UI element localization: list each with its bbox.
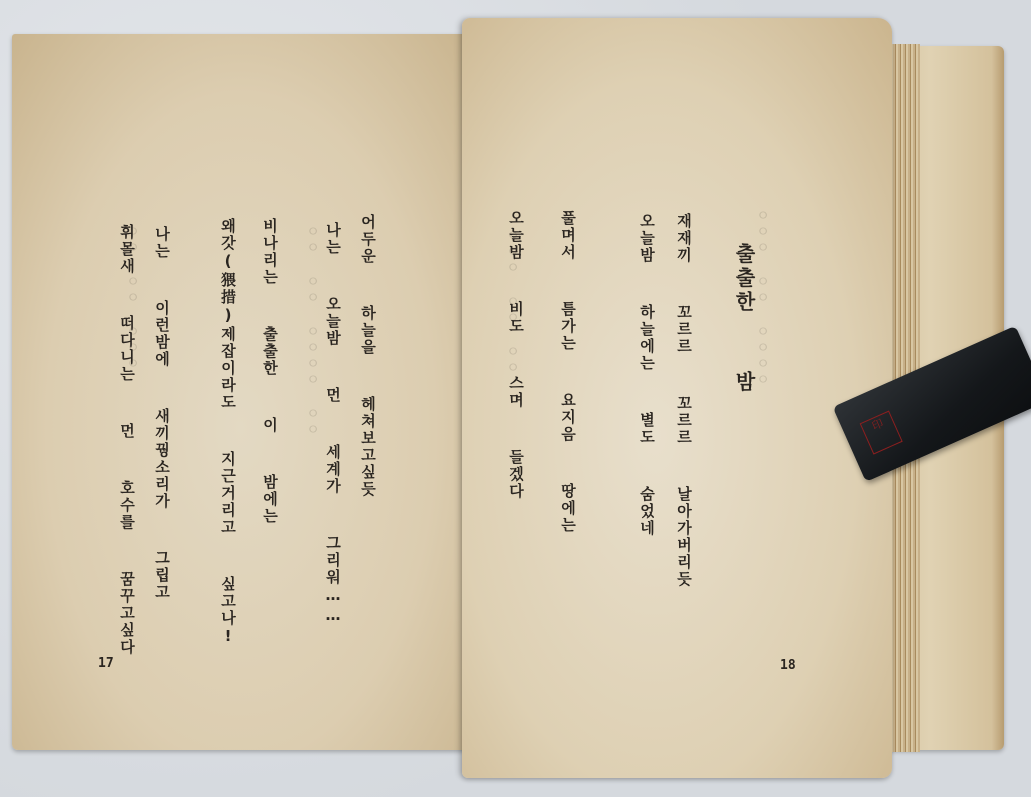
page-number-right: 18 [780,658,796,673]
seal-red-mark-icon: 印 [860,411,903,455]
poem-line-6: 휘몰새 떠다니는 먼 호수를 꿈꾸고싶다 [119,224,134,656]
bleed-through-text: ㅇㅇ ㅇㅇ ㅇㅇㅇㅇ ㅇㅇ [302,224,322,438]
poem-line-1: 재재끼 꼬르르 꼬르르 날아가버리듯 [676,213,691,588]
poem-line-1: 어두운 하늘을 헤쳐보고싶듯 [360,214,375,498]
left-page: ㅇㅇ ㅇㅇ ㅇㅇㅇ ㅇㅇ ㅇㅇ ㅇㅇㅇㅇ ㅇㅇ 어두운 하늘을 헤쳐보고싶듯 나… [12,34,470,750]
poem-line-3: 비나리는 출출한 이 밤에는 [262,218,277,525]
poem-line-2: 오늘밤 하늘에는 별도 숨었네 [639,213,654,537]
right-page: ㅇㅇㅇ ㅇㅇ ㅇㅇㅇㅇ ㅇㅇㅇ ㅇㅇ ㅇㅇ 출출한 밤 재재끼 꼬르르 꼬르르 … [462,18,892,778]
page-number-left: 17 [98,656,114,671]
poem-line-4: 왜갓(猥措)제잡이라도 지근거리고 싶고나! [220,218,235,647]
poem-line-5: 나는 이런밤에 새끼꿩소리가 그립고 [154,226,169,601]
poem-title: 출출한 밤 [734,243,754,395]
poem-line-4: 오늘밤 비도 스며 들겠다 [508,210,523,500]
poem-line-3: 풀며서 틈가는 요지음 땅에는 [560,210,575,534]
poem-line-2: 나는 오늘밤 먼 세계가 그리워…… [325,222,340,626]
